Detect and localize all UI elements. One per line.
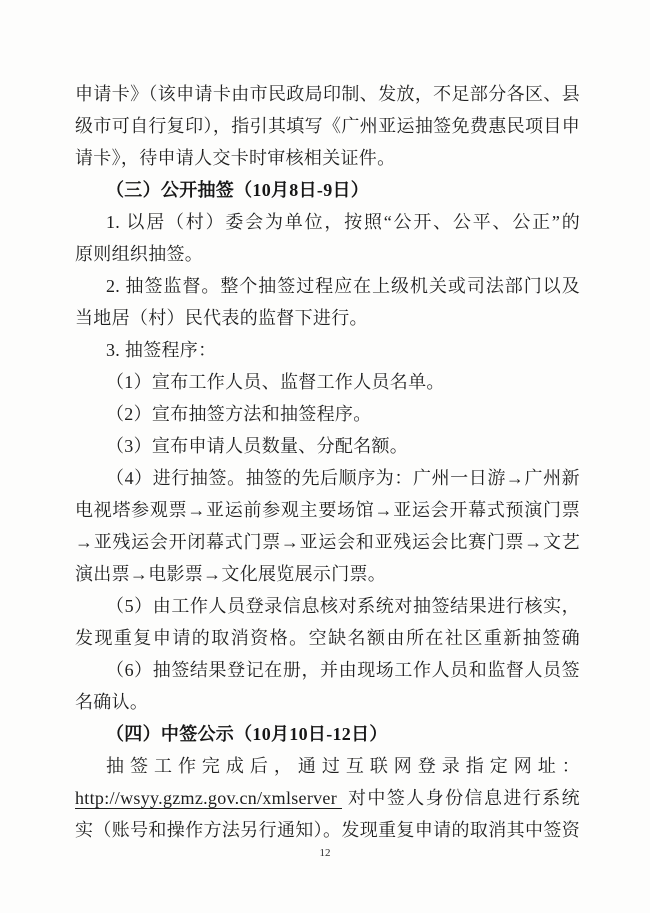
- url-line: http://wsyy.gzmz.gov.cn/xmlserver 对中签人身份…: [75, 782, 580, 814]
- text-line: 2. 抽签监督。整个抽签过程应在上级机关或司法部门以及: [75, 270, 580, 302]
- document-body: 申请卡》（该申请卡由市民政局印制、发放，不足部分各区、县级市可自行复印），指引其…: [75, 78, 580, 846]
- section-heading: （四）中签公示（10月10日-12日）: [75, 718, 580, 750]
- text-line: 3. 抽签程序：: [75, 334, 580, 366]
- text-line: （1）宣布工作人员、监督工作人员名单。: [75, 366, 580, 398]
- text-line: 请卡》，待申请人交卡时审核相关证件。: [75, 142, 580, 174]
- text-line: 抽签工作完成后，通过互联网登录指定网址：: [75, 750, 580, 782]
- text-line: →亚残运会开闭幕式门票→亚运会和亚残运会比赛门票→文艺: [75, 526, 580, 558]
- text-line: 演出票→电影票→文化展览展示门票。: [75, 558, 580, 590]
- text-line: 原则组织抽签。: [75, 238, 580, 270]
- text-line: 1. 以居（村）委会为单位，按照“公开、公平、公正”的: [75, 206, 580, 238]
- document-page: 申请卡》（该申请卡由市民政局印制、发放，不足部分各区、县级市可自行复印），指引其…: [0, 0, 650, 913]
- text-line: 发现重复申请的取消资格。空缺名额由所在社区重新抽签确定。: [75, 622, 580, 654]
- document-url: http://wsyy.gzmz.gov.cn/xmlserver: [75, 788, 342, 809]
- text-line: 申请卡》（该申请卡由市民政局印制、发放，不足部分各区、县: [75, 78, 580, 110]
- text-line: （4）进行抽签。抽签的先后顺序为：广州一日游→广州新: [75, 462, 580, 494]
- text-line: （5）由工作人员登录信息核对系统对抽签结果进行核实，: [75, 590, 580, 622]
- text-line: 当地居（村）民代表的监督下进行。: [75, 302, 580, 334]
- text-line: 名确认。: [75, 686, 580, 718]
- text-line: （6）抽签结果登记在册，并由现场工作人员和监督人员签: [75, 654, 580, 686]
- section-heading: （三）公开抽签（10月8日-9日）: [75, 174, 580, 206]
- page-number: 12: [0, 845, 650, 861]
- text-line: （2）宣布抽签方法和抽签程序。: [75, 398, 580, 430]
- text-line: 级市可自行复印），指引其填写《广州亚运抽签免费惠民项目申: [75, 110, 580, 142]
- text-line: 电视塔参观票→亚运前参观主要场馆→亚运会开幕式预演门票: [75, 494, 580, 526]
- text-line: 实（账号和操作方法另行通知）。发现重复申请的取消其中签资: [75, 814, 580, 846]
- text-line: （3）宣布申请人员数量、分配名额。: [75, 430, 580, 462]
